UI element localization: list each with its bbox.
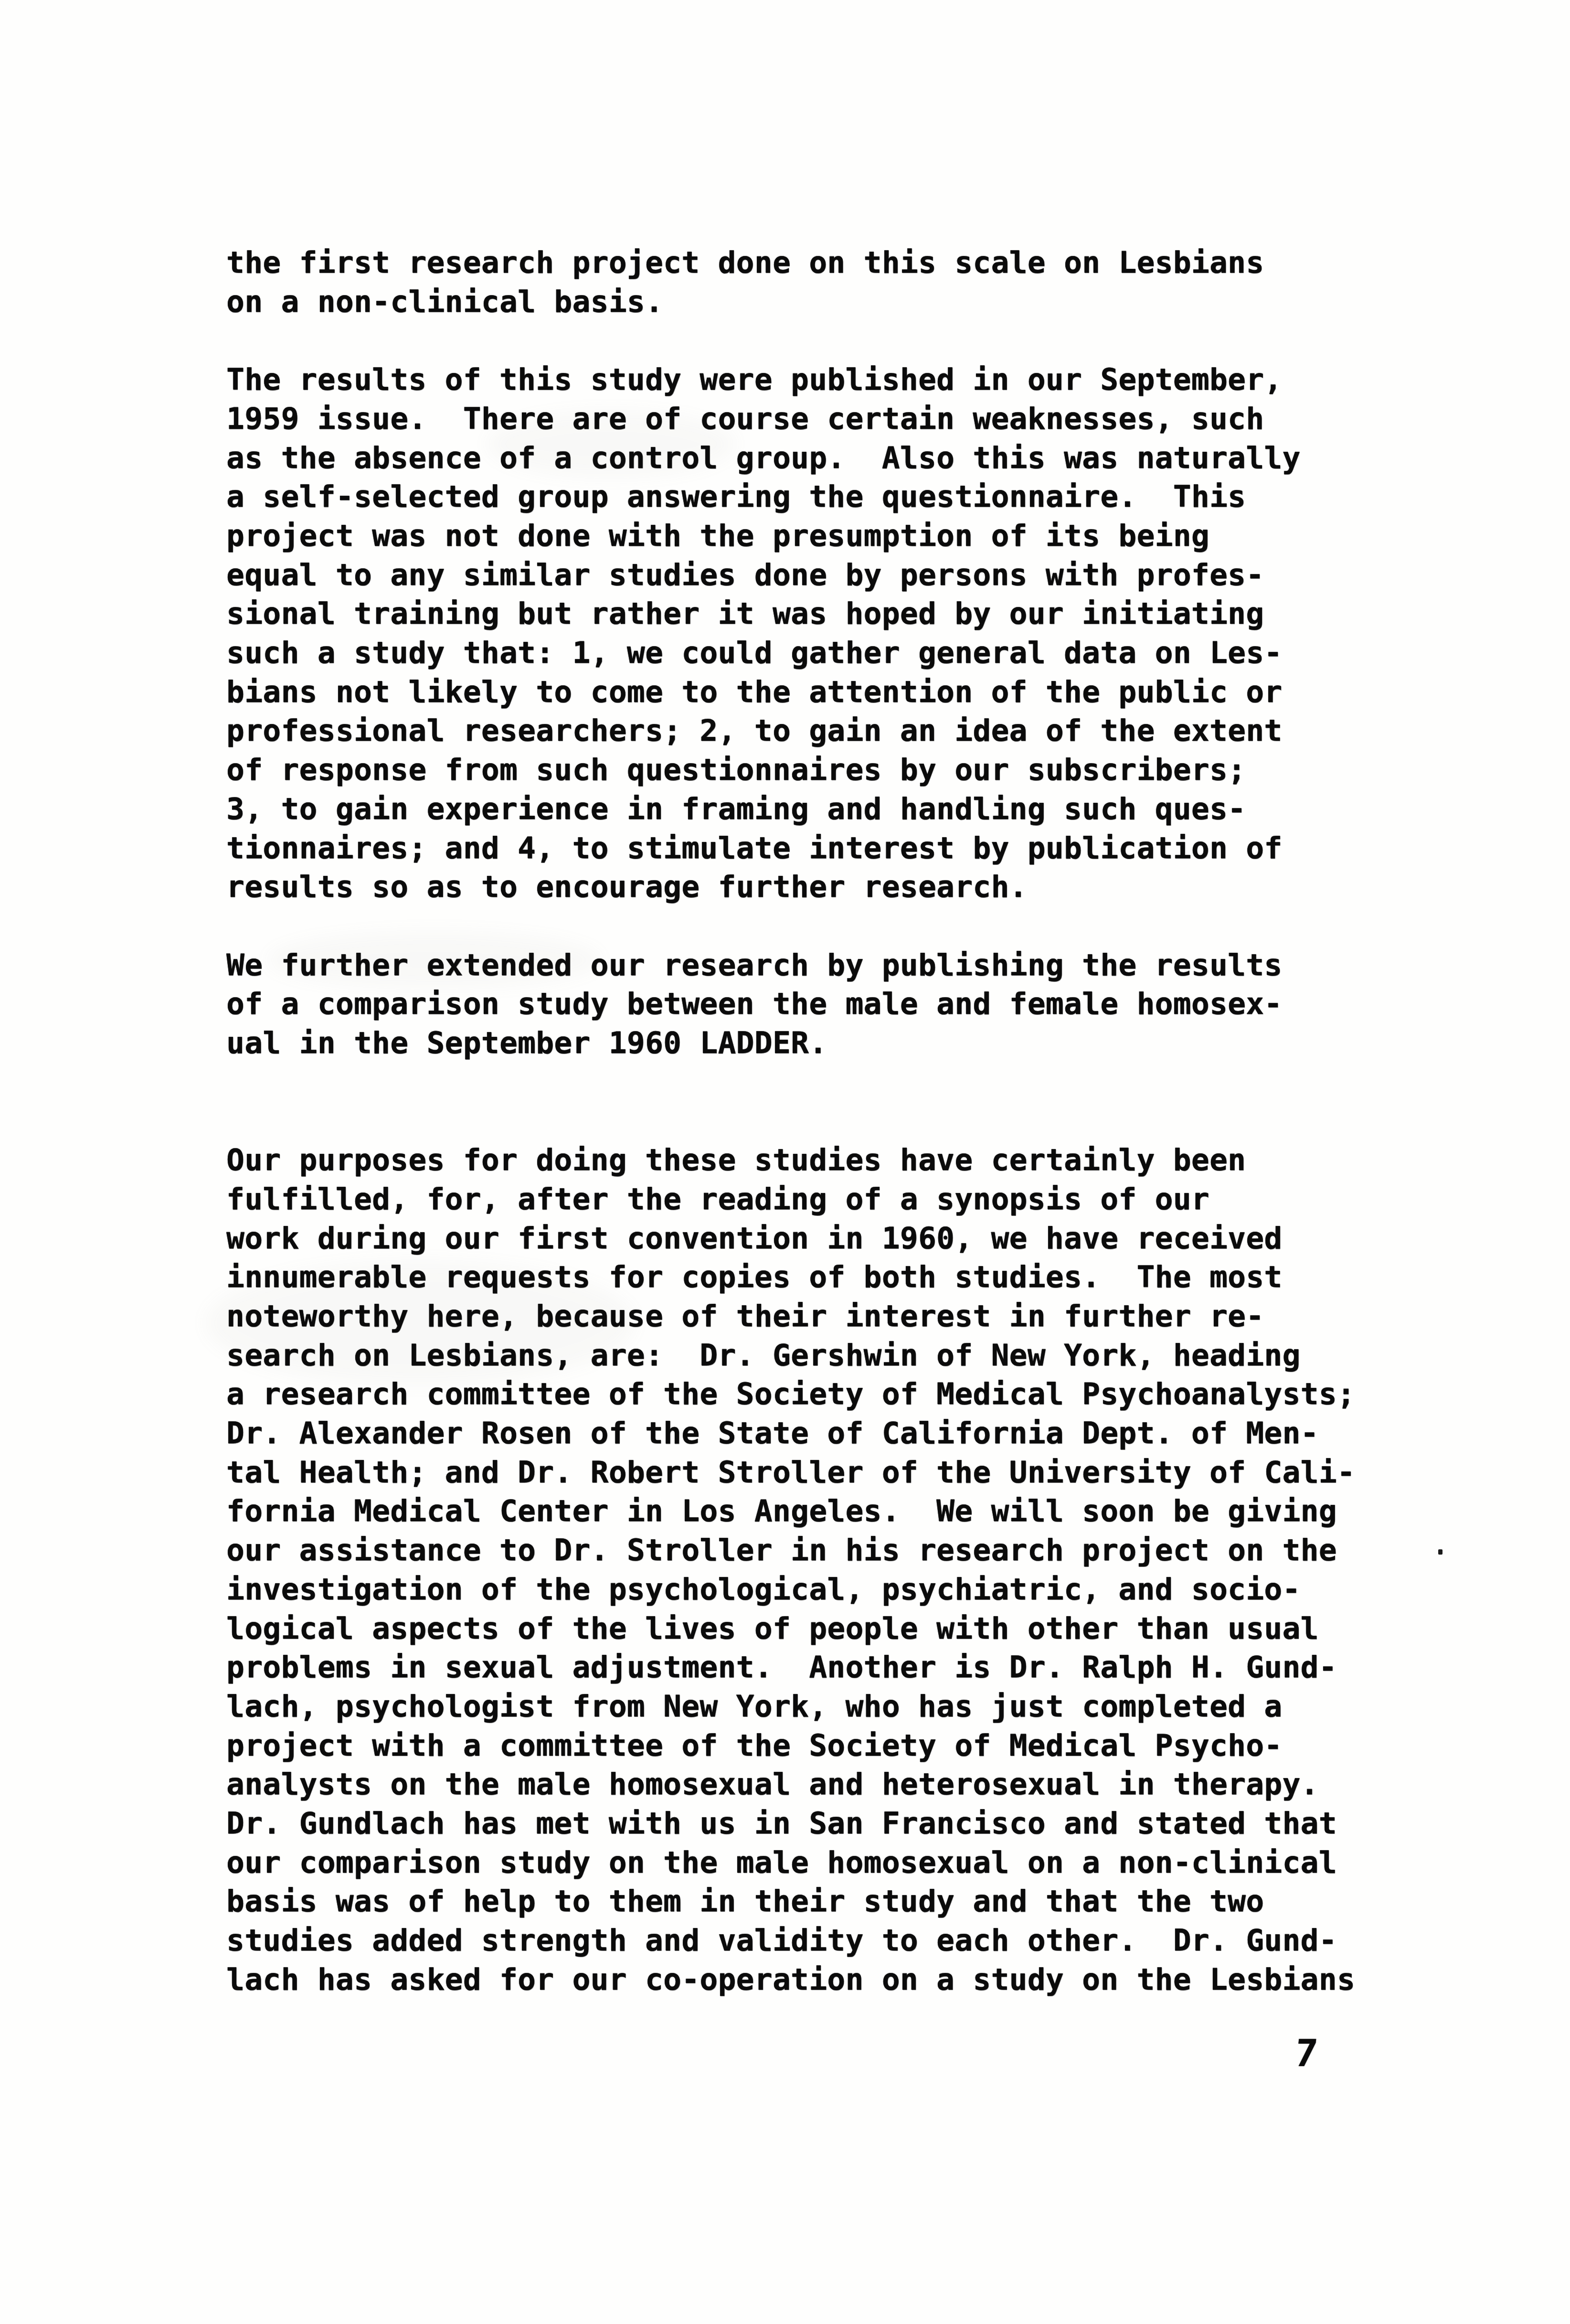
- paragraph-continuation: the first research project done on this …: [226, 243, 1420, 321]
- scanned-page: the first research project done on this …: [0, 0, 1570, 2324]
- ink-speck: [1438, 1549, 1443, 1555]
- paragraph-study-results: The results of this study were published…: [226, 360, 1420, 906]
- page-number: 7: [1293, 2032, 1319, 2075]
- paragraph-purposes: Our purposes for doing these studies hav…: [226, 1141, 1420, 1999]
- paragraph-comparison-study: We further extended our research by publ…: [226, 946, 1420, 1063]
- typewritten-text-block: the first research project done on this …: [226, 243, 1420, 1999]
